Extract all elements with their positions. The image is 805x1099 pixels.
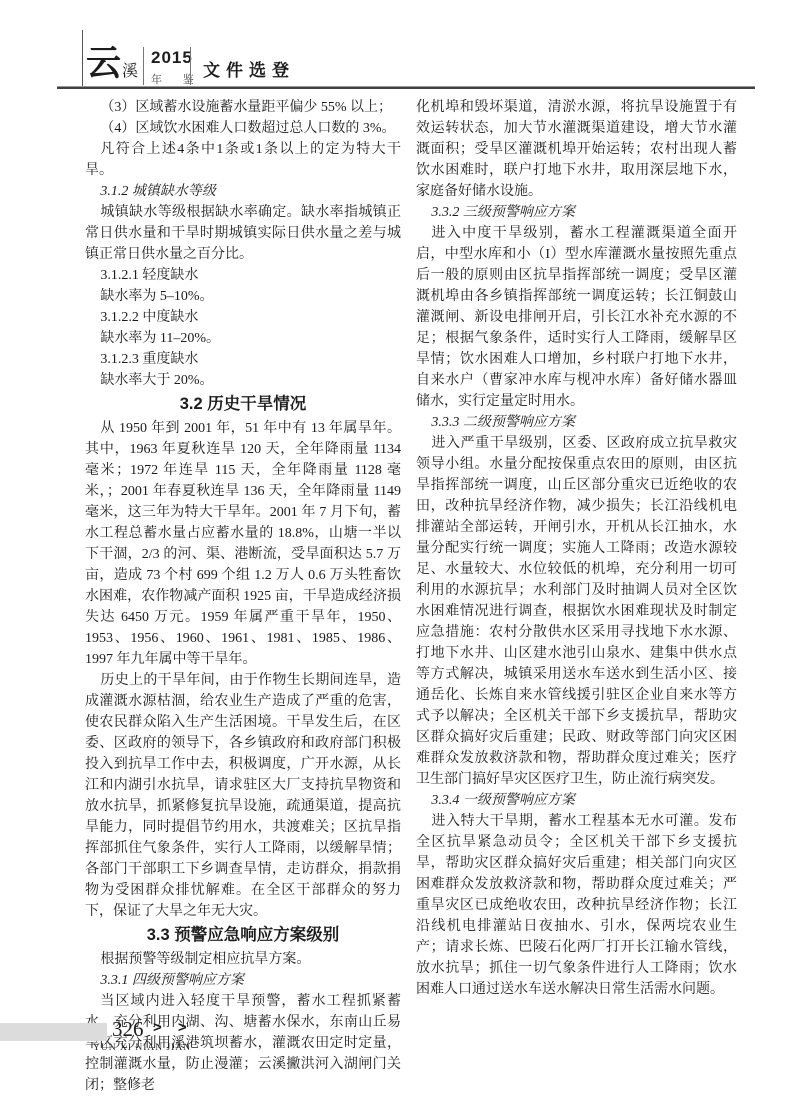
list-item: 缺水率大于 20%。: [85, 370, 401, 391]
section-heading: 3.2 历史干旱情况: [85, 391, 401, 418]
footer-bar: [0, 1023, 107, 1041]
section-heading: 3.3 预警应急响应方案级别: [85, 922, 401, 949]
paragraph: 从 1950 年到 2001 年，51 年中有 13 年属旱年。其中，1963 …: [85, 418, 401, 670]
list-item: 缺水率为 5–10%。: [85, 286, 401, 307]
header-divider: [190, 47, 191, 85]
paragraph: 根据预警等级制定相应抗旱方案。: [85, 949, 401, 970]
header-divider: [143, 47, 144, 85]
left-column: （3）区域蓄水设施蓄水量距平偏少 55% 以上；（4）区域饮水困难人口数超过总人…: [85, 97, 401, 1096]
page-number: 326: [112, 1017, 144, 1041]
header-section-title: 文件选登: [203, 56, 295, 81]
list-item: （4）区域饮水困难人口数超过总人口数的 3%。: [85, 118, 401, 139]
brand-character-yun: 云: [86, 46, 121, 82]
footer-series-title: YUN XI NIAN JIAN: [93, 1043, 191, 1053]
paragraph: 城镇缺水等级根据缺水率确定。缺水率指城镇正常日供水量和干旱时期城镇实际日供水量之…: [85, 202, 401, 265]
subsection-heading: 3.1.2 城镇缺水等级: [85, 181, 401, 202]
subsection-heading: 3.3.3 二级预警响应方案: [416, 412, 737, 433]
yearbook-document-page: 云 溪 2015 年 鉴 文件选登 （3）区域蓄水设施蓄水量距平偏少 55% 以…: [0, 0, 805, 1099]
header-horizontal-rule: [57, 86, 755, 89]
continued-paragraph: 化机埠和毁坏渠道，清淤水源，将抗旱设施置于有效运转状态，加大节水灌溉渠道建设，增…: [416, 97, 737, 202]
header-vertical-rule: [82, 30, 83, 87]
paragraph: 历史上的干旱年间，由于作物生长期间连旱，造成灌溉水源枯涸，给农业生产造成了严重的…: [85, 670, 401, 922]
list-item: 3.1.2.3 重度缺水: [85, 349, 401, 370]
paragraph: 凡符合上述4条中1条或1条以上的定为特大干旱。: [85, 139, 401, 181]
paragraph: 进入特大干旱期，蓄水工程基本无水可灌。发布全区抗旱紧急动员令；全区机关干部下乡支…: [416, 811, 737, 1000]
list-item: 3.1.2.1 轻度缺水: [85, 265, 401, 286]
brand-character-xi: 溪: [122, 63, 138, 81]
right-column: 化机埠和毁坏渠道，清淤水源，将抗旱设施置于有效运转状态，加大节水灌溉渠道建设，增…: [416, 97, 737, 1000]
paragraph: 进入严重干旱级别，区委、区政府成立抗旱救灾领导小组。水量分配按保重点农田的原则，…: [416, 433, 737, 790]
list-item: （3）区域蓄水设施蓄水量距平偏少 55% 以上；: [85, 97, 401, 118]
subsection-heading: 3.3.2 三级预警响应方案: [416, 202, 737, 223]
header-year: 2015: [151, 48, 193, 68]
header-year-caption: 年 鉴: [151, 71, 203, 87]
subsection-heading: 3.3.1 四级预警响应方案: [85, 970, 401, 991]
list-item: 缺水率为 11–20%。: [85, 328, 401, 349]
footer-arrows-icon: > >: [153, 1019, 193, 1036]
subsection-heading: 3.3.4 一级预警响应方案: [416, 790, 737, 811]
paragraph: 进入中度干旱级别，蓄水工程灌溉渠道全面开启，中型水库和小（I）型水库灌溉水量按照…: [416, 223, 737, 412]
list-item: 3.1.2.2 中度缺水: [85, 307, 401, 328]
